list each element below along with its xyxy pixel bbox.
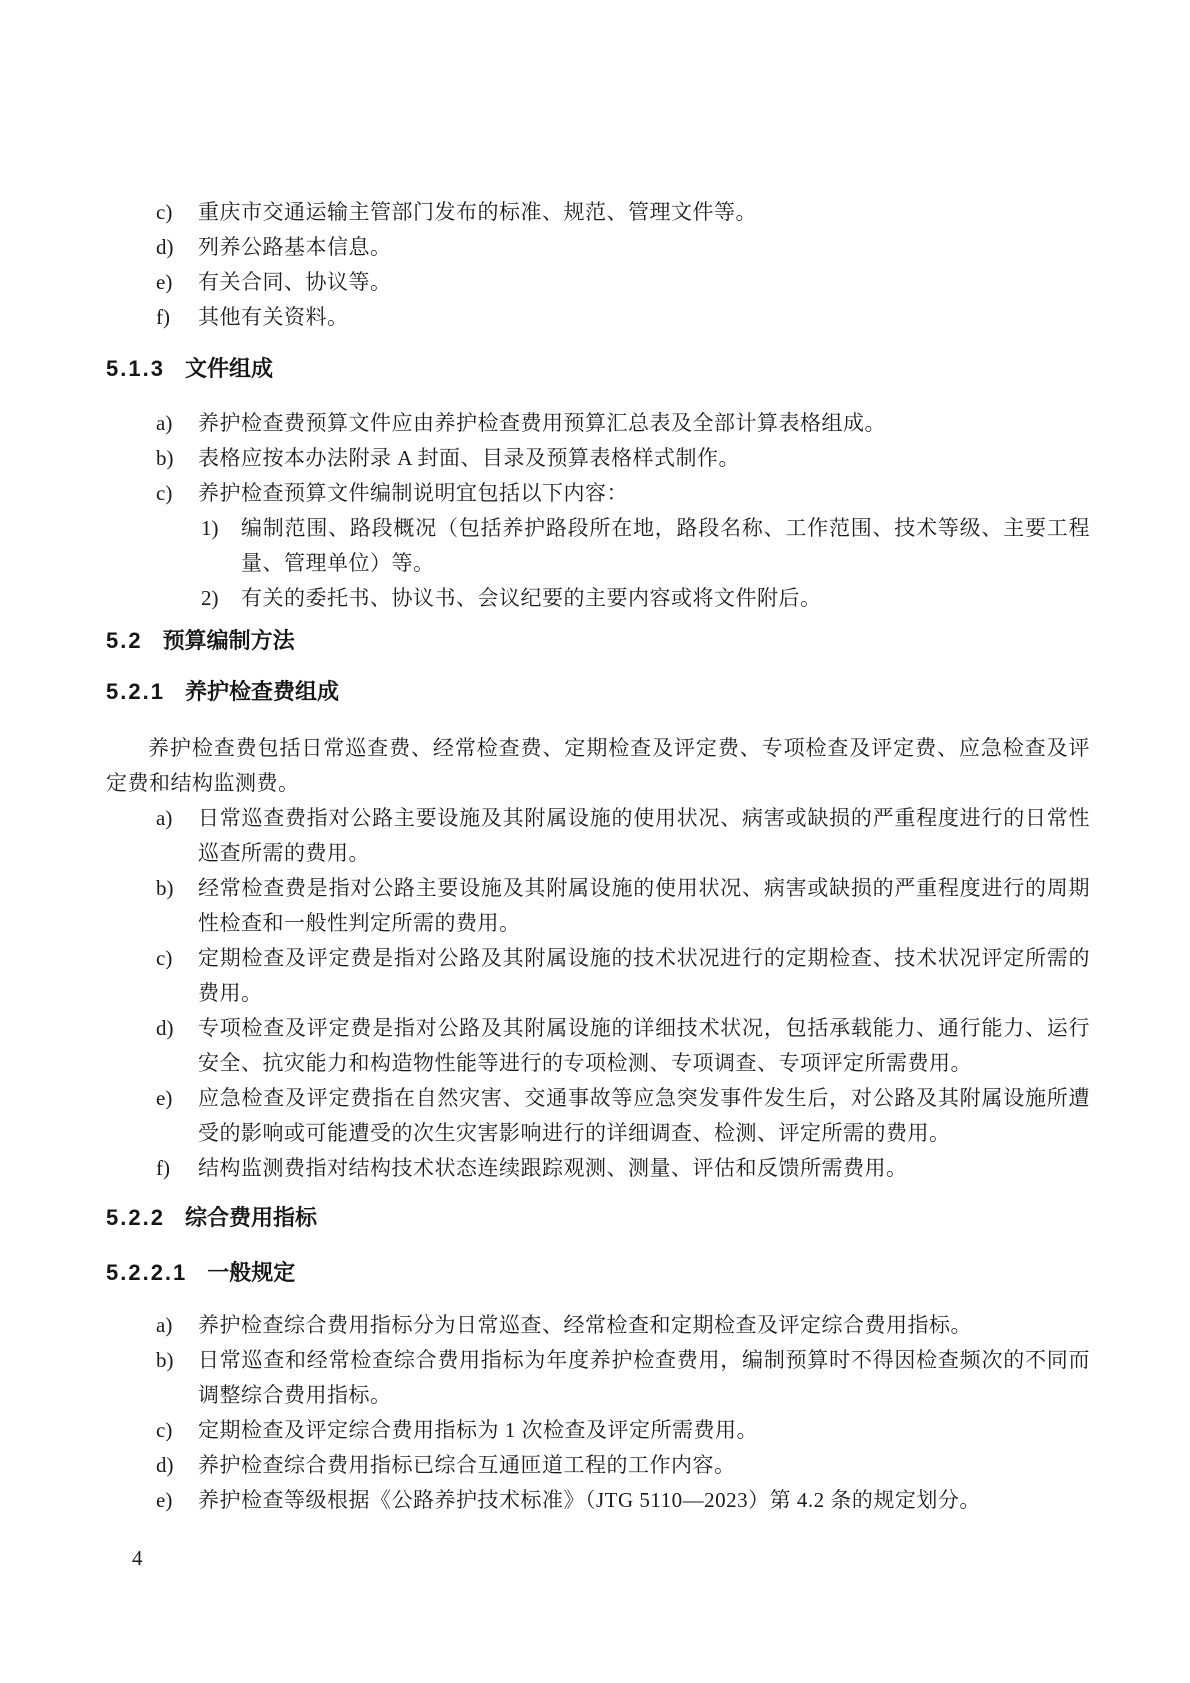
list-item-text: 列养公路基本信息。 [198, 230, 1090, 265]
list-item-text: 日常巡查费指对公路主要设施及其附属设施的使用状况、病害或缺损的严重程度进行的日常… [198, 801, 1090, 871]
list-item-label: d) [156, 1011, 198, 1046]
list-item-label: b) [156, 1343, 198, 1378]
page-content: c) 重庆市交通运输主管部门发布的标准、规范、管理文件等。 d) 列养公路基本信… [106, 195, 1090, 1576]
list-item-text: 结构监测费指对结构技术状态连续跟踪观测、测量、评估和反馈所需费用。 [198, 1151, 1090, 1186]
heading-title: 综合费用指标 [185, 1203, 317, 1233]
list-item: c) 定期检查及评定费是指对公路及其附属设施的技术状况进行的定期检查、技术状况评… [106, 941, 1090, 1011]
list-item-label: 2) [201, 581, 241, 616]
page-number: 4 [132, 1541, 1090, 1576]
list-item-label: b) [156, 871, 198, 906]
list-item-text: 养护检查综合费用指标分为日常巡查、经常检查和定期检查及评定综合费用指标。 [198, 1308, 1090, 1343]
section-5-2-1-list: a) 日常巡查费指对公路主要设施及其附属设施的使用状况、病害或缺损的严重程度进行… [106, 801, 1090, 1186]
list-item-text: 专项检查及评定费是指对公路及其附属设施的详细技术状况，包括承载能力、通行能力、运… [198, 1011, 1090, 1081]
list-item: e) 养护检查等级根据《公路养护技术标准》（JTG 5110—2023）第 4.… [106, 1483, 1090, 1518]
list-item: d) 养护检查综合费用指标已综合互通匝道工程的工作内容。 [106, 1448, 1090, 1483]
section-5-2-2-1-list: a) 养护检查综合费用指标分为日常巡查、经常检查和定期检查及评定综合费用指标。 … [106, 1308, 1090, 1518]
section-heading-5-2-2-1: 5.2.2.1 一般规定 [106, 1258, 1090, 1288]
list-item-text: 应急检查及评定费指在自然灾害、交通事故等应急突发事件发生后，对公路及其附属设施所… [198, 1081, 1090, 1151]
list-item-label: c) [156, 941, 198, 976]
list-item: f) 结构监测费指对结构技术状态连续跟踪观测、测量、评估和反馈所需费用。 [106, 1151, 1090, 1186]
heading-number: 5.2.1 [106, 677, 165, 707]
section-5-1-3-list: a) 养护检查费预算文件应由养护检查费用预算汇总表及全部计算表格组成。 b) 表… [106, 406, 1090, 616]
list-item-label: d) [156, 230, 198, 265]
section-heading-5-2-1: 5.2.1 养护检查费组成 [106, 677, 1090, 707]
heading-title: 一般规定 [207, 1258, 295, 1288]
list-item-label: d) [156, 1448, 198, 1483]
heading-title: 文件组成 [185, 354, 273, 384]
list-item-text: 有关的委托书、协议书、会议纪要的主要内容或将文件附后。 [241, 581, 1090, 616]
list-item-text: 日常巡查和经常检查综合费用指标为年度养护检查费用，编制预算时不得因检查频次的不同… [198, 1343, 1090, 1413]
heading-title: 养护检查费组成 [185, 677, 339, 707]
list-item-label: a) [156, 801, 198, 836]
list-item: a) 日常巡查费指对公路主要设施及其附属设施的使用状况、病害或缺损的严重程度进行… [106, 801, 1090, 871]
list-item: b) 日常巡查和经常检查综合费用指标为年度养护检查费用，编制预算时不得因检查频次… [106, 1343, 1090, 1413]
list-item-text: 重庆市交通运输主管部门发布的标准、规范、管理文件等。 [198, 195, 1090, 230]
list-item-text: 有关合同、协议等。 [198, 265, 1090, 300]
heading-title: 预算编制方法 [163, 626, 295, 656]
document-page: c) 重庆市交通运输主管部门发布的标准、规范、管理文件等。 d) 列养公路基本信… [0, 0, 1190, 1683]
list-item-label: c) [156, 195, 198, 230]
list-item-text: 表格应按本办法附录 A 封面、目录及预算表格样式制作。 [198, 441, 1090, 476]
list-item-text: 养护检查综合费用指标已综合互通匝道工程的工作内容。 [198, 1448, 1090, 1483]
list-item: d) 列养公路基本信息。 [106, 230, 1090, 265]
list-item-text: 养护检查费预算文件应由养护检查费用预算汇总表及全部计算表格组成。 [198, 406, 1090, 441]
section-heading-5-2-2: 5.2.2 综合费用指标 [106, 1203, 1090, 1233]
list-item: e) 应急检查及评定费指在自然灾害、交通事故等应急突发事件发生后，对公路及其附属… [106, 1081, 1090, 1151]
list-item-label: b) [156, 441, 198, 476]
section-heading-5-2: 5.2 预算编制方法 [106, 626, 1090, 656]
list-item-text: 定期检查及评定费是指对公路及其附属设施的技术状况进行的定期检查、技术状况评定所需… [198, 941, 1090, 1011]
list-item-text: 其他有关资料。 [198, 300, 1090, 335]
list-item-label: c) [156, 1413, 198, 1448]
sub-list-item: 2) 有关的委托书、协议书、会议纪要的主要内容或将文件附后。 [106, 581, 1090, 616]
list-item: c) 养护检查预算文件编制说明宜包括以下内容： [106, 476, 1090, 511]
list-item: c) 重庆市交通运输主管部门发布的标准、规范、管理文件等。 [106, 195, 1090, 230]
list-item: e) 有关合同、协议等。 [106, 265, 1090, 300]
section-heading-5-1-3: 5.1.3 文件组成 [106, 354, 1090, 384]
list-item: d) 专项检查及评定费是指对公路及其附属设施的详细技术状况，包括承载能力、通行能… [106, 1011, 1090, 1081]
list-item-label: a) [156, 406, 198, 441]
list-item-text: 养护检查预算文件编制说明宜包括以下内容： [198, 476, 1090, 511]
list-item-text: 养护检查等级根据《公路养护技术标准》（JTG 5110—2023）第 4.2 条… [198, 1483, 1090, 1518]
list-item-text: 定期检查及评定综合费用指标为 1 次检查及评定所需费用。 [198, 1413, 1090, 1448]
list-item-label: e) [156, 1483, 198, 1518]
heading-number: 5.2.2 [106, 1203, 165, 1233]
list-item-label: 1) [201, 511, 241, 546]
section-5-2-1-intro-paragraph: 养护检查费包括日常巡查费、经常检查费、定期检查及评定费、专项检查及评定费、应急检… [106, 731, 1090, 801]
list-item-label: e) [156, 265, 198, 300]
heading-number: 5.1.3 [106, 354, 165, 384]
list-item-label: f) [156, 1151, 198, 1186]
heading-number: 5.2.2.1 [106, 1258, 187, 1288]
list-item-label: f) [156, 300, 198, 335]
list-item-label: e) [156, 1081, 198, 1116]
list-item-label: a) [156, 1308, 198, 1343]
list-item: a) 养护检查综合费用指标分为日常巡查、经常检查和定期检查及评定综合费用指标。 [106, 1308, 1090, 1343]
sub-list-item: 1) 编制范围、路段概况（包括养护路段所在地，路段名称、工作范围、技术等级、主要… [106, 511, 1090, 581]
list-item: a) 养护检查费预算文件应由养护检查费用预算汇总表及全部计算表格组成。 [106, 406, 1090, 441]
list-item: f) 其他有关资料。 [106, 300, 1090, 335]
heading-number: 5.2 [106, 626, 143, 656]
list-item: b) 表格应按本办法附录 A 封面、目录及预算表格样式制作。 [106, 441, 1090, 476]
list-item-label: c) [156, 476, 198, 511]
list-item-text: 经常检查费是指对公路主要设施及其附属设施的使用状况、病害或缺损的严重程度进行的周… [198, 871, 1090, 941]
list-item-text: 编制范围、路段概况（包括养护路段所在地，路段名称、工作范围、技术等级、主要工程量… [241, 511, 1090, 581]
carryover-list: c) 重庆市交通运输主管部门发布的标准、规范、管理文件等。 d) 列养公路基本信… [106, 195, 1090, 335]
list-item: b) 经常检查费是指对公路主要设施及其附属设施的使用状况、病害或缺损的严重程度进… [106, 871, 1090, 941]
list-item: c) 定期检查及评定综合费用指标为 1 次检查及评定所需费用。 [106, 1413, 1090, 1448]
